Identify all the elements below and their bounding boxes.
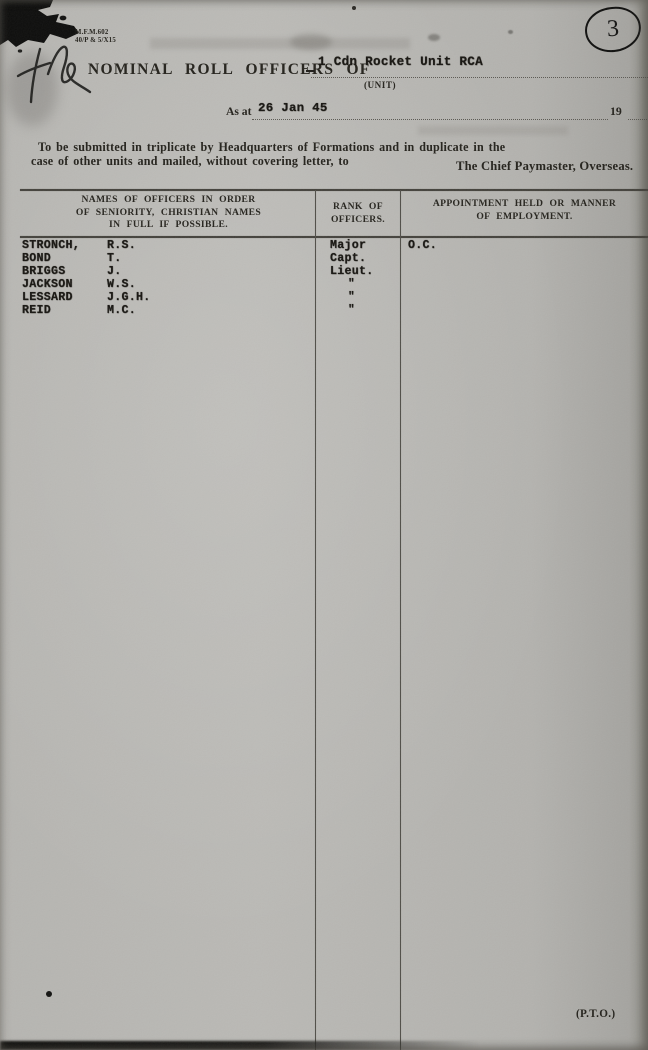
initials-cell: T. — [107, 252, 122, 265]
column-header-rank: RANK OF OFFICERS. — [316, 201, 400, 226]
scan-speck — [508, 30, 513, 34]
scan-speck — [428, 34, 440, 41]
initials-cell: J. — [107, 265, 122, 278]
initials-cell: M.C. — [107, 304, 136, 317]
as-at-label: As at — [226, 105, 251, 118]
column-header-names: NAMES OF OFFICERS IN ORDER OF SENIORITY,… — [22, 194, 315, 232]
pto-label: (P.T.O.) — [576, 1008, 615, 1020]
officer-row: REID M.C. " — [0, 304, 648, 317]
rank-cell: Lieut. — [330, 265, 374, 278]
ink-dot — [46, 991, 52, 997]
page-number: 3 — [606, 16, 619, 44]
appointment-cell: O.C. — [408, 239, 437, 252]
bottom-scan-band — [0, 1041, 480, 1050]
bleed-through-ghost — [418, 126, 568, 135]
officer-row: BOND T. Capt. — [0, 252, 648, 265]
rank-ditto-mark: " — [348, 291, 355, 304]
date-value: 26 Jan 45 — [258, 101, 328, 115]
instructions-line1: To be submitted in triplicate by Headqua… — [38, 140, 505, 155]
surname-cell: REID — [22, 304, 51, 317]
surname-cell: BRIGGS — [22, 265, 66, 278]
initials-cell: R.S. — [107, 239, 136, 252]
officer-table-body: STRONCH, R.S. Major O.C. BOND T. Capt. B… — [0, 239, 648, 317]
handwritten-file-mark — [10, 40, 100, 108]
form-stamp-line1: M.F.M.602 — [75, 29, 116, 37]
surname-cell: BOND — [22, 252, 51, 265]
year-prefix: 19 — [610, 104, 622, 119]
rank-cell: Capt. — [330, 252, 366, 265]
year-underline — [628, 103, 647, 120]
officer-row: LESSARD J.G.H. " — [0, 291, 648, 304]
unit-caption: (UNIT) — [340, 80, 420, 90]
rank-ditto-mark: " — [348, 278, 355, 291]
initials-cell: W.S. — [107, 278, 136, 291]
unit-name-value: 1 Cdn Rocket Unit RCA — [318, 55, 483, 69]
scanned-document-page: { "page": { "circled_number": "3", "stam… — [0, 0, 648, 1050]
circled-page-number: 3 — [582, 4, 643, 55]
bleed-through-ghost — [150, 38, 410, 49]
rank-ditto-mark: " — [348, 304, 355, 317]
column-divider-2 — [400, 190, 401, 1050]
surname-cell: STRONCH, — [22, 239, 80, 252]
instructions-line2: case of other units and mailed, without … — [31, 154, 349, 169]
surname-cell: LESSARD — [22, 291, 73, 304]
initials-cell: J.G.H. — [107, 291, 151, 304]
table-header-rule — [20, 236, 648, 238]
column-header-appointment: APPOINTMENT HELD OR MANNER OF EMPLOYMENT… — [401, 198, 648, 223]
rank-cell: Major — [330, 239, 366, 252]
officer-row: BRIGGS J. Lieut. — [0, 265, 648, 278]
officer-row: JACKSON W.S. " — [0, 278, 648, 291]
surname-cell: JACKSON — [22, 278, 73, 291]
scan-speck — [352, 6, 356, 10]
addressee: The Chief Paymaster, Overseas. — [456, 159, 633, 174]
table-top-rule — [20, 189, 648, 191]
officer-row: STRONCH, R.S. Major O.C. — [0, 239, 648, 252]
column-divider-1 — [315, 190, 316, 1050]
